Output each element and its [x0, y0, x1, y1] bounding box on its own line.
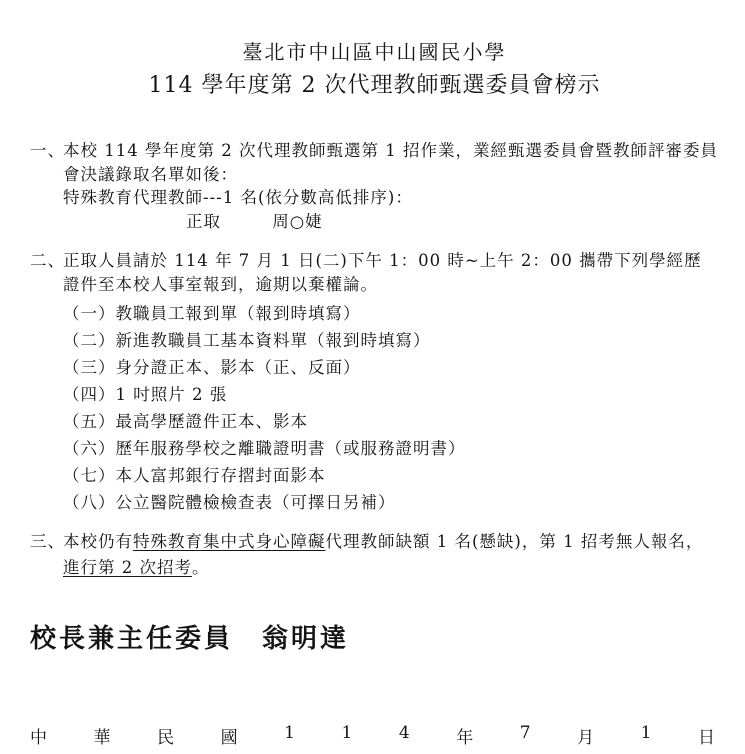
- section-3-segment: 本校仍有: [63, 532, 133, 551]
- date-char: 國: [221, 723, 238, 748]
- section-3-segment: 。: [192, 558, 210, 577]
- checklist-item: （一）教職員工報到單（報到時填寫）: [63, 305, 719, 323]
- checklist-item: （八）公立醫院體檢檢查表（可擇日另補）: [63, 494, 719, 512]
- report-document-checklist: （一）教職員工報到單（報到時填寫） （二）新進教職員工基本資料單（報到時填寫） …: [63, 305, 719, 512]
- date-char: 月: [577, 723, 594, 748]
- section-3-content: 本校仍有特殊教育集中式身心障礙代理教師缺額 1 名(懸缺)，第 1 招考無人報名…: [63, 529, 719, 581]
- date-char: 1: [341, 723, 352, 748]
- date-char: 中: [30, 723, 47, 748]
- admitted-candidate-name: 周○婕: [272, 212, 322, 231]
- result-line: 正取 周○婕: [186, 210, 719, 234]
- section-3-body: 本校仍有特殊教育集中式身心障礙代理教師缺額 1 名(懸缺)，第 1 招考無人報名…: [63, 529, 719, 581]
- checklist-item: （五）最高學歷證件正本、影本: [63, 413, 719, 431]
- section-3-marker: 三、: [30, 529, 65, 555]
- section-1-body: 本校 114 學年度第 2 次代理教師甄選第 1 招作業，業經甄選委員會暨教師評…: [63, 139, 719, 186]
- section-2-body: 正取人員請於 114 年 7 月 1 日(二)下午 1：00 時~上午 2：00…: [63, 249, 719, 296]
- checklist-item: （六）歷年服務學校之離職證明書（或服務證明書）: [63, 440, 719, 458]
- section-1-marker: 一、: [30, 139, 65, 163]
- announcement-title: 114 學年度第 2 次代理教師甄選委員會榜示: [30, 71, 719, 101]
- section-2-marker: 二、: [30, 249, 65, 273]
- date-char: 1: [284, 723, 295, 748]
- result-status-label: 正取: [186, 212, 221, 231]
- date-line: 中 華 民 國 1 1 4 年 7 月 1 日: [30, 723, 719, 748]
- section-3-segment: 代理教師缺額 1 名(懸缺)，第 1 招考無人報名，: [326, 532, 704, 551]
- section-1: 一、 本校 114 學年度第 2 次代理教師甄選第 1 招作業，業經甄選委員會暨…: [30, 139, 719, 233]
- checklist-item: （七）本人富邦銀行存摺封面影本: [63, 467, 719, 485]
- checklist-item: （二）新進教職員工基本資料單（報到時填寫）: [63, 332, 719, 350]
- school-name: 臺北市中山區中山國民小學: [30, 38, 719, 66]
- checklist-item: （四）1 吋照片 2 張: [63, 386, 719, 404]
- date-char: 日: [698, 723, 715, 748]
- section-2-content: 正取人員請於 114 年 7 月 1 日(二)下午 1：00 時~上午 2：00…: [63, 249, 719, 512]
- date-char: 年: [456, 723, 473, 748]
- announcement-document: 臺北市中山區中山國民小學 114 學年度第 2 次代理教師甄選委員會榜示 一、 …: [0, 0, 745, 754]
- date-char: 華: [94, 723, 111, 748]
- section-3-segment-underlined: 特殊教育集中式身心障礙: [133, 532, 326, 551]
- checklist-item: （三）身分證正本、影本（正、反面）: [63, 359, 719, 377]
- section-1-content: 本校 114 學年度第 2 次代理教師甄選第 1 招作業，業經甄選委員會暨教師評…: [63, 139, 719, 233]
- date-char: 民: [157, 723, 174, 748]
- section-2: 二、 正取人員請於 114 年 7 月 1 日(二)下午 1：00 時~上午 2…: [30, 249, 719, 512]
- date-char: 4: [399, 723, 410, 748]
- date-char: 1: [641, 723, 652, 748]
- section-3-segment-underlined: 進行第 2 次招考: [63, 558, 192, 577]
- section-3: 三、 本校仍有特殊教育集中式身心障礙代理教師缺額 1 名(懸缺)，第 1 招考無…: [30, 529, 719, 581]
- vacancy-line: 特殊教育代理教師---1 名(依分數高低排序)：: [63, 186, 719, 210]
- date-char: 7: [520, 723, 531, 748]
- principal-signature-line: 校長兼主任委員 翁明達: [30, 621, 719, 657]
